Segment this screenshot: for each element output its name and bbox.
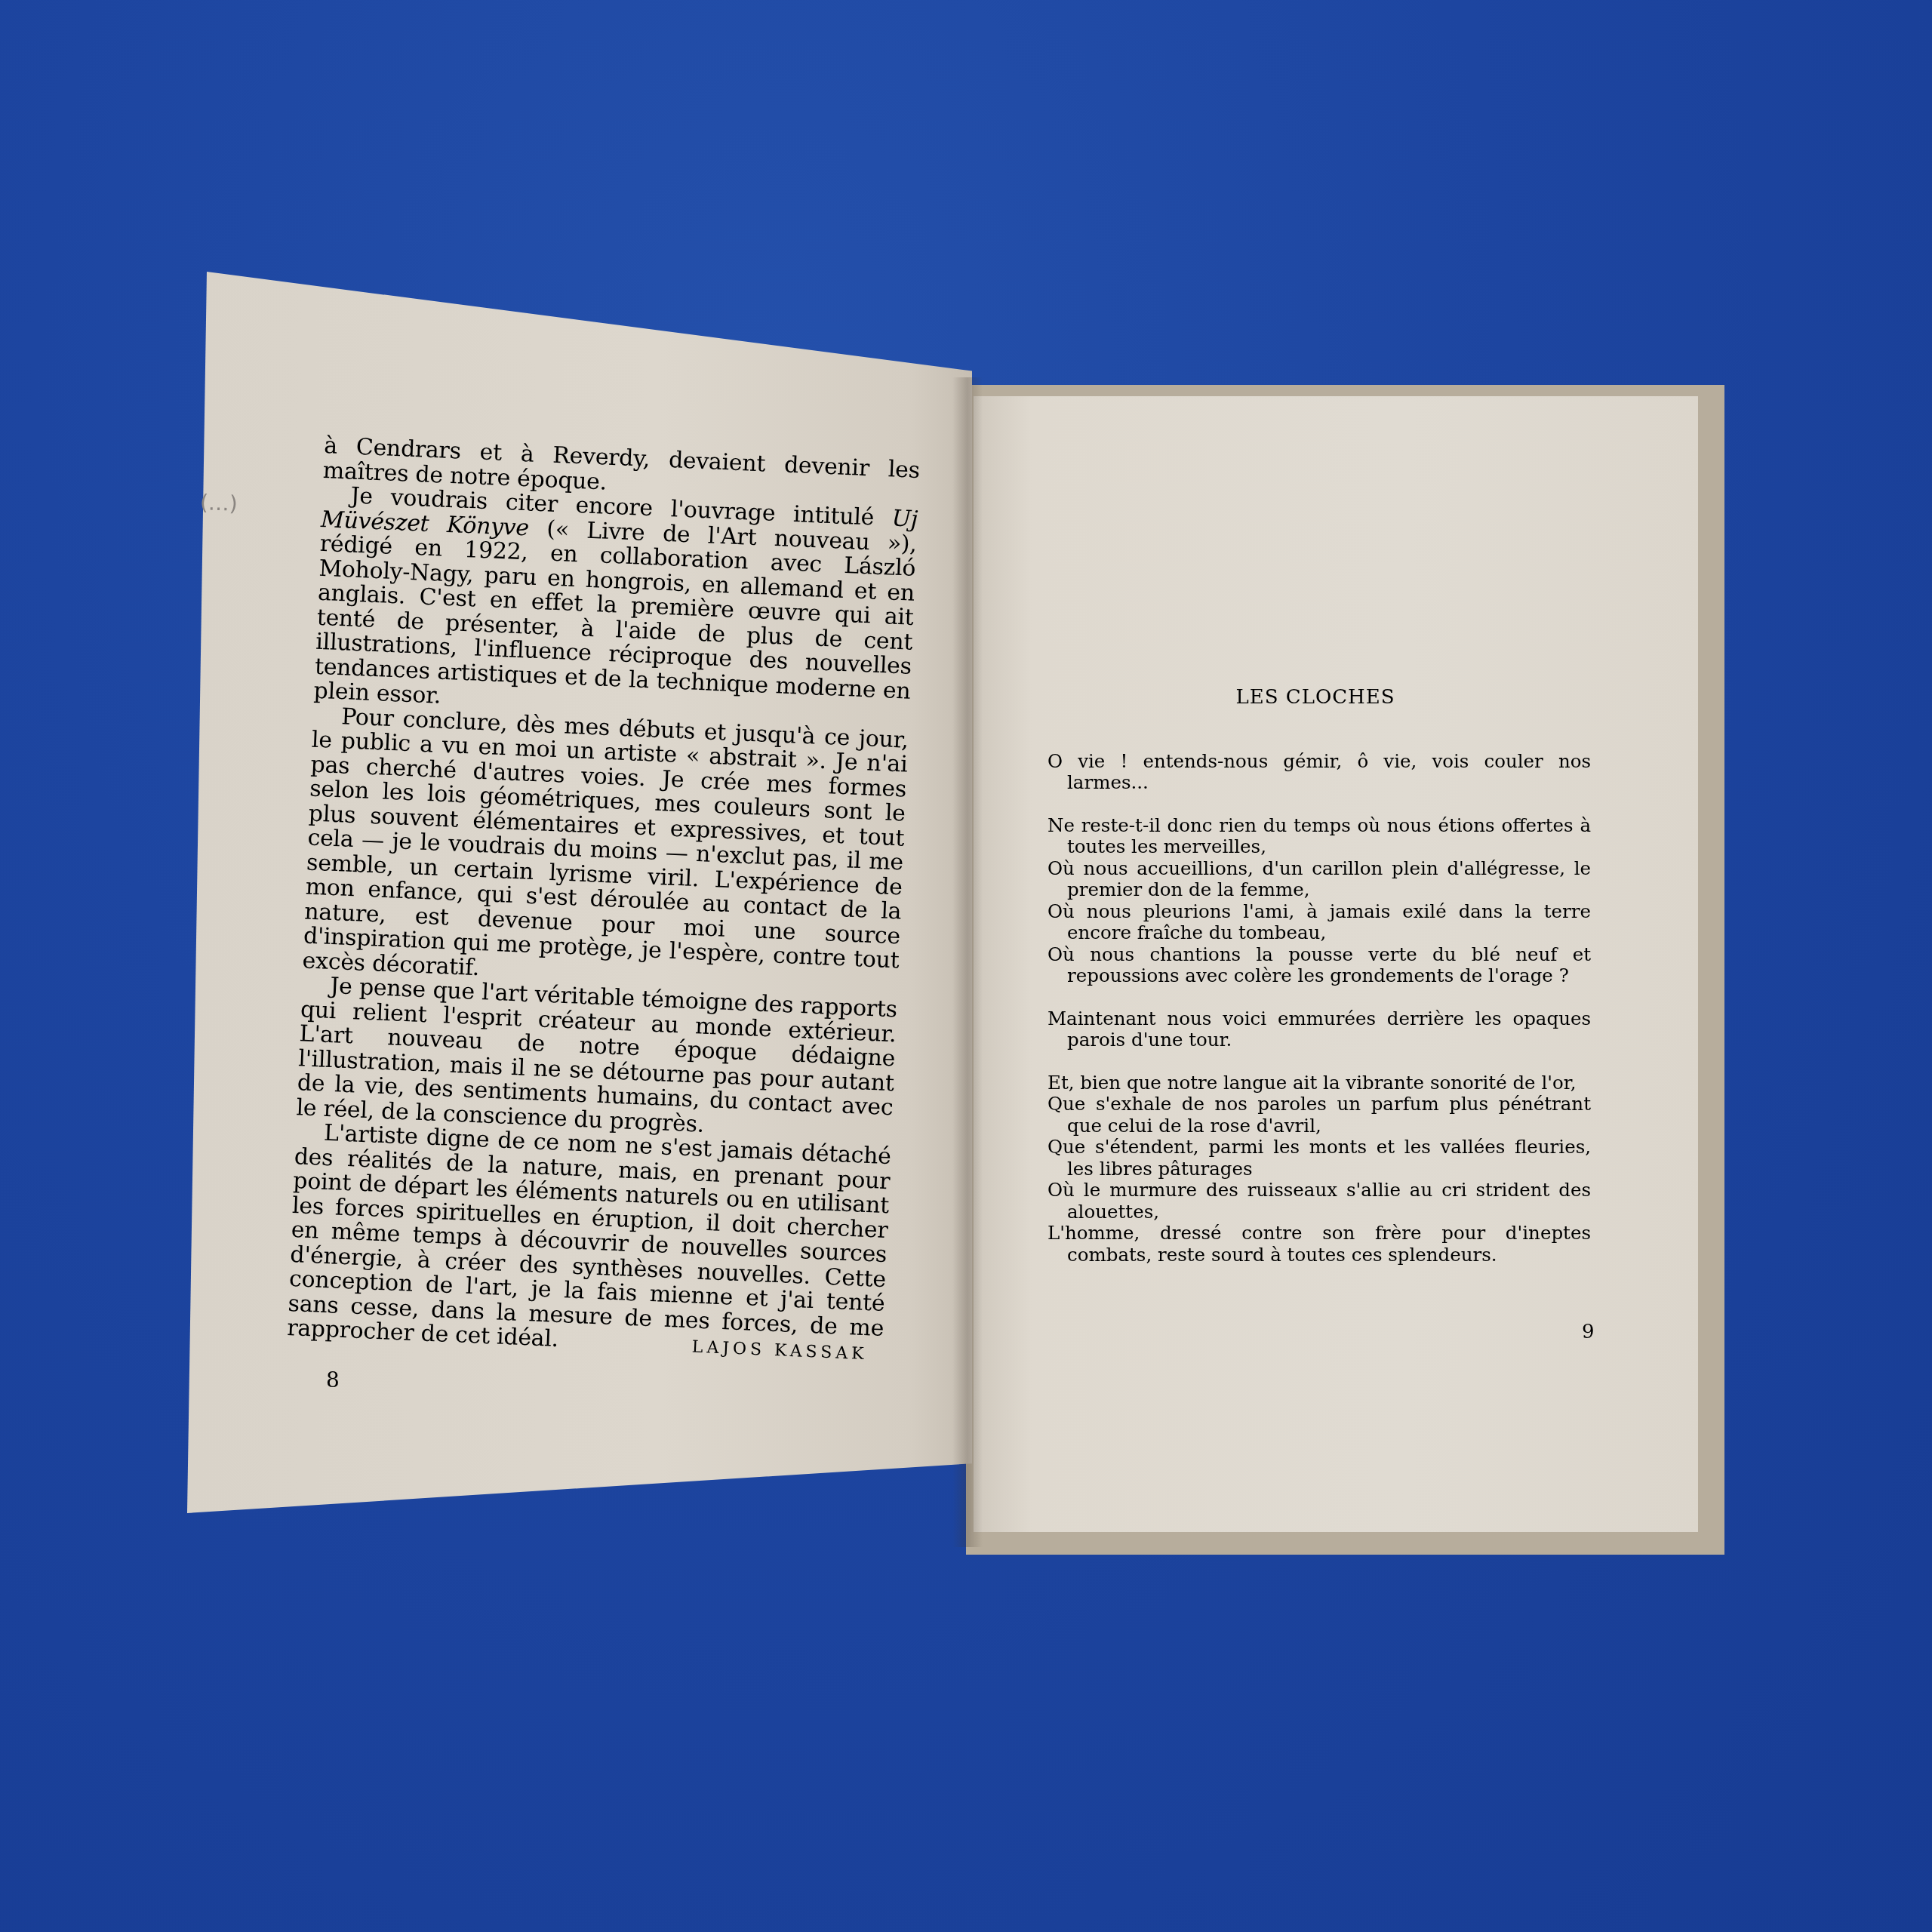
- stanza: Et, bien que notre langue ait la vibrant…: [1048, 1072, 1591, 1266]
- paragraph: L'artiste digne de ce nom ne s'est jamai…: [287, 1120, 892, 1365]
- left-page-text: à Cendrars et à Reverdy, devaient deveni…: [287, 434, 921, 1367]
- poem-line: O vie ! entends-nous gémir, ô vie, vois …: [1048, 751, 1591, 794]
- poem-line: Ne reste-t-il donc rien du temps où nous…: [1048, 815, 1591, 858]
- poem-line: Et, bien que notre langue ait la vibrant…: [1048, 1072, 1591, 1094]
- poem-line: Où nous accueillions, d'un carillon plei…: [1048, 858, 1591, 901]
- poem-line: Où nous pleurions l'ami, à jamais exilé …: [1048, 901, 1591, 944]
- poem-title: LES CLOCHES: [1040, 687, 1591, 709]
- poem-line: Que s'étendent, parmi les monts et les v…: [1048, 1137, 1591, 1180]
- poem-line: Où le murmure des ruisseaux s'allie au c…: [1048, 1180, 1591, 1223]
- book-spine: [952, 377, 983, 1547]
- stanza: Maintenant nous voici emmurées derrière …: [1048, 1008, 1591, 1051]
- paragraph: Je voudrais citer encore l'ouvrage intit…: [313, 483, 918, 728]
- page-number-left: 8: [326, 1367, 340, 1392]
- page-number-right: 9: [1582, 1321, 1595, 1343]
- stanza: Ne reste-t-il donc rien du temps où nous…: [1048, 815, 1591, 987]
- pencil-margin-note: (…): [199, 490, 238, 516]
- poem-line: L'homme, dressé contre son frère pour d'…: [1048, 1223, 1591, 1266]
- paragraph: Pour conclure, dès mes débuts et jusqu'à…: [302, 703, 909, 998]
- poem-line: Que s'exhale de nos paroles un parfum pl…: [1048, 1094, 1591, 1137]
- paragraph: Je pense que l'art véritable témoigne de…: [296, 973, 897, 1145]
- poem-line: Où nous chantions la pousse verte du blé…: [1048, 944, 1591, 987]
- poem-line: Maintenant nous voici emmurées derrière …: [1048, 1008, 1591, 1051]
- poem: LES CLOCHES O vie ! entends-nous gémir, …: [1048, 687, 1591, 1287]
- stanza: O vie ! entends-nous gémir, ô vie, vois …: [1048, 751, 1591, 794]
